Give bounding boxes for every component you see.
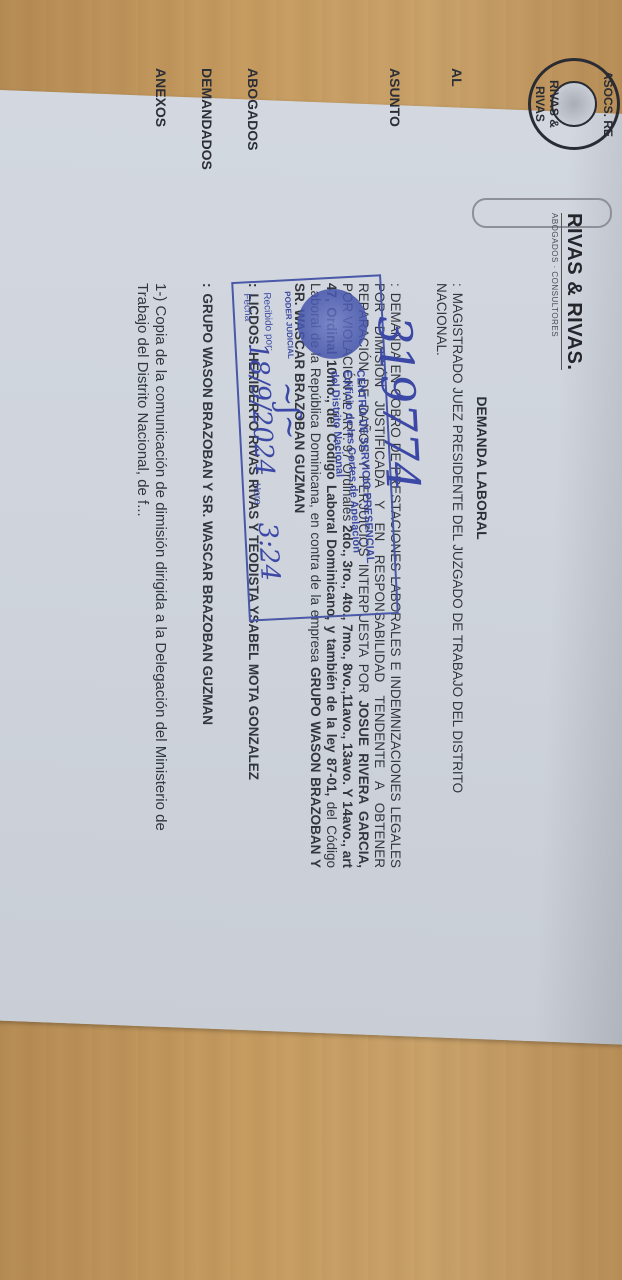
claimant-name: JOSUE RIVERA GARCIA, [356,700,371,868]
handwritten-number: 319774 [367,314,430,492]
law-firm-seal-icon: ASOCS. RE RIVAS & RIVAS [528,58,620,150]
handwritten-date: 18/9/2024 [242,342,279,477]
stamp-organization: CENTRO DE SERVICIO PRESENCIAL Edificio d… [327,369,376,565]
received-stamp: 319774 CENTRO DE SERVICIO PRESENCIAL Edi… [231,274,399,621]
firm-name: RIVAS & RIVAS. [562,213,585,370]
seal-text-bottom: RIVAS & RIVAS [533,61,561,147]
handwritten-time: 3:24 [252,522,285,582]
field-value: :MAGISTRADO JUEZ PRESIDENTE DEL JUZGADO … [433,283,465,868]
annex-item: 1-) Copia de la comunicación de dimisión… [134,283,169,831]
seal-text-top: ASOCS. RE [601,61,615,147]
field-value: :GRUPO WASON BRAZOBAN Y SR. WASCAR BRAZO… [199,283,215,868]
addressee-text: MAGISTRADO JUEZ PRESIDENTE DEL JUZGADO D… [434,283,465,793]
field-al: AL :MAGISTRADO JUEZ PRESIDENTE DEL JUZGA… [433,68,465,868]
date-label: Fecha [241,293,253,321]
paperclip-icon [472,198,612,228]
field-anexos: ANEXOS 1-) Copia de la comunicación de d… [133,68,169,868]
field-label: ABOGADOS [245,68,261,283]
firm-logo: RIVAS & RIVAS. ABOGADOS · CONSULTORES [550,213,585,370]
judicial-emblem-icon [296,287,370,361]
document-title: DEMANDA LABORAL [474,38,490,898]
field-label: AL [433,68,465,283]
firm-subtitle: ABOGADOS · CONSULTORES [550,213,562,370]
field-demandados: DEMANDADOS :GRUPO WASON BRAZOBAN Y SR. W… [199,68,215,868]
emblem-caption: PODER JUDICIAL [283,291,296,359]
field-label: ANEXOS [133,68,169,283]
document-content: ASOCS. RE RIVAS & RIVAS RIVAS & RIVAS. A… [40,38,622,898]
field-label: DEMANDADOS [199,68,215,283]
field-label: ASUNTO [291,68,403,283]
time-label: Hora [251,483,263,505]
field-value: 1-) Copia de la comunicación de dimisión… [133,283,169,868]
letterhead: ASOCS. RE RIVAS & RIVAS RIVAS & RIVAS. A… [510,48,620,908]
defendants-text: GRUPO WASON BRAZOBAN Y SR. WASCAR BRAZOB… [200,294,215,726]
